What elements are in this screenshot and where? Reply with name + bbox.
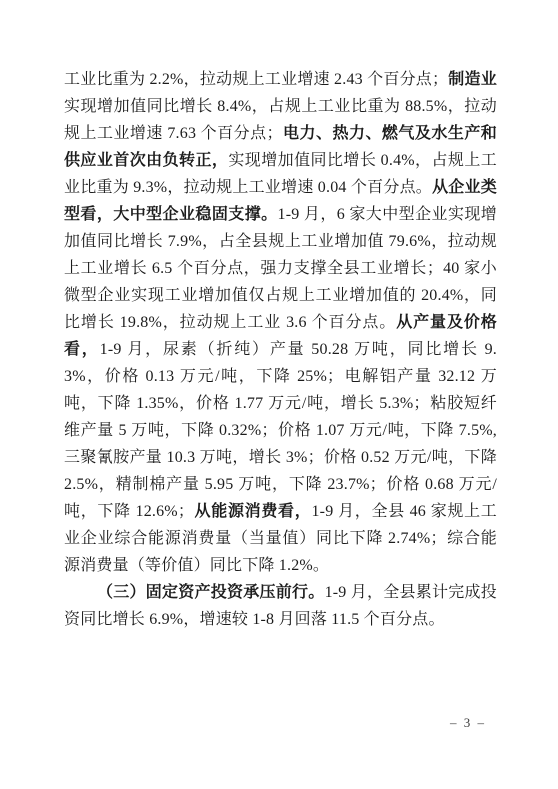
bold-heading-manufacturing: 制造业 [448, 71, 497, 88]
bold-heading-fixed-asset-investment: （三）固定资产投资承压前行。 [97, 584, 325, 601]
page-number: – 3 – [450, 715, 510, 731]
text-run: 工业比重为 2.2%，拉动规上工业增速 2.43 个百分点； [64, 71, 448, 88]
paragraph-section-3: （三）固定资产投资承压前行。1-9 月，全县累计完成投资同比增长 6.9%，增速… [64, 579, 497, 633]
document-page: 工业比重为 2.2%，拉动规上工业增速 2.43 个百分点；制造业实现增加值同比… [0, 0, 558, 789]
text-run: 1-9 月，6 家大中型企业实现增加值同比增长 7.9%，占全县规上工业增加值 … [64, 206, 497, 331]
text-run: 1-9 月，尿素（折纯）产量 50.28 万吨，同比增长 9.3%，价格 0.1… [64, 341, 497, 520]
paragraph-continued: 工业比重为 2.2%，拉动规上工业增速 2.43 个百分点；制造业实现增加值同比… [64, 66, 497, 579]
document-body: 工业比重为 2.2%，拉动规上工业增速 2.43 个百分点；制造业实现增加值同比… [64, 66, 497, 633]
bold-heading-energy-consumption: 从能源消费看， [194, 503, 311, 520]
